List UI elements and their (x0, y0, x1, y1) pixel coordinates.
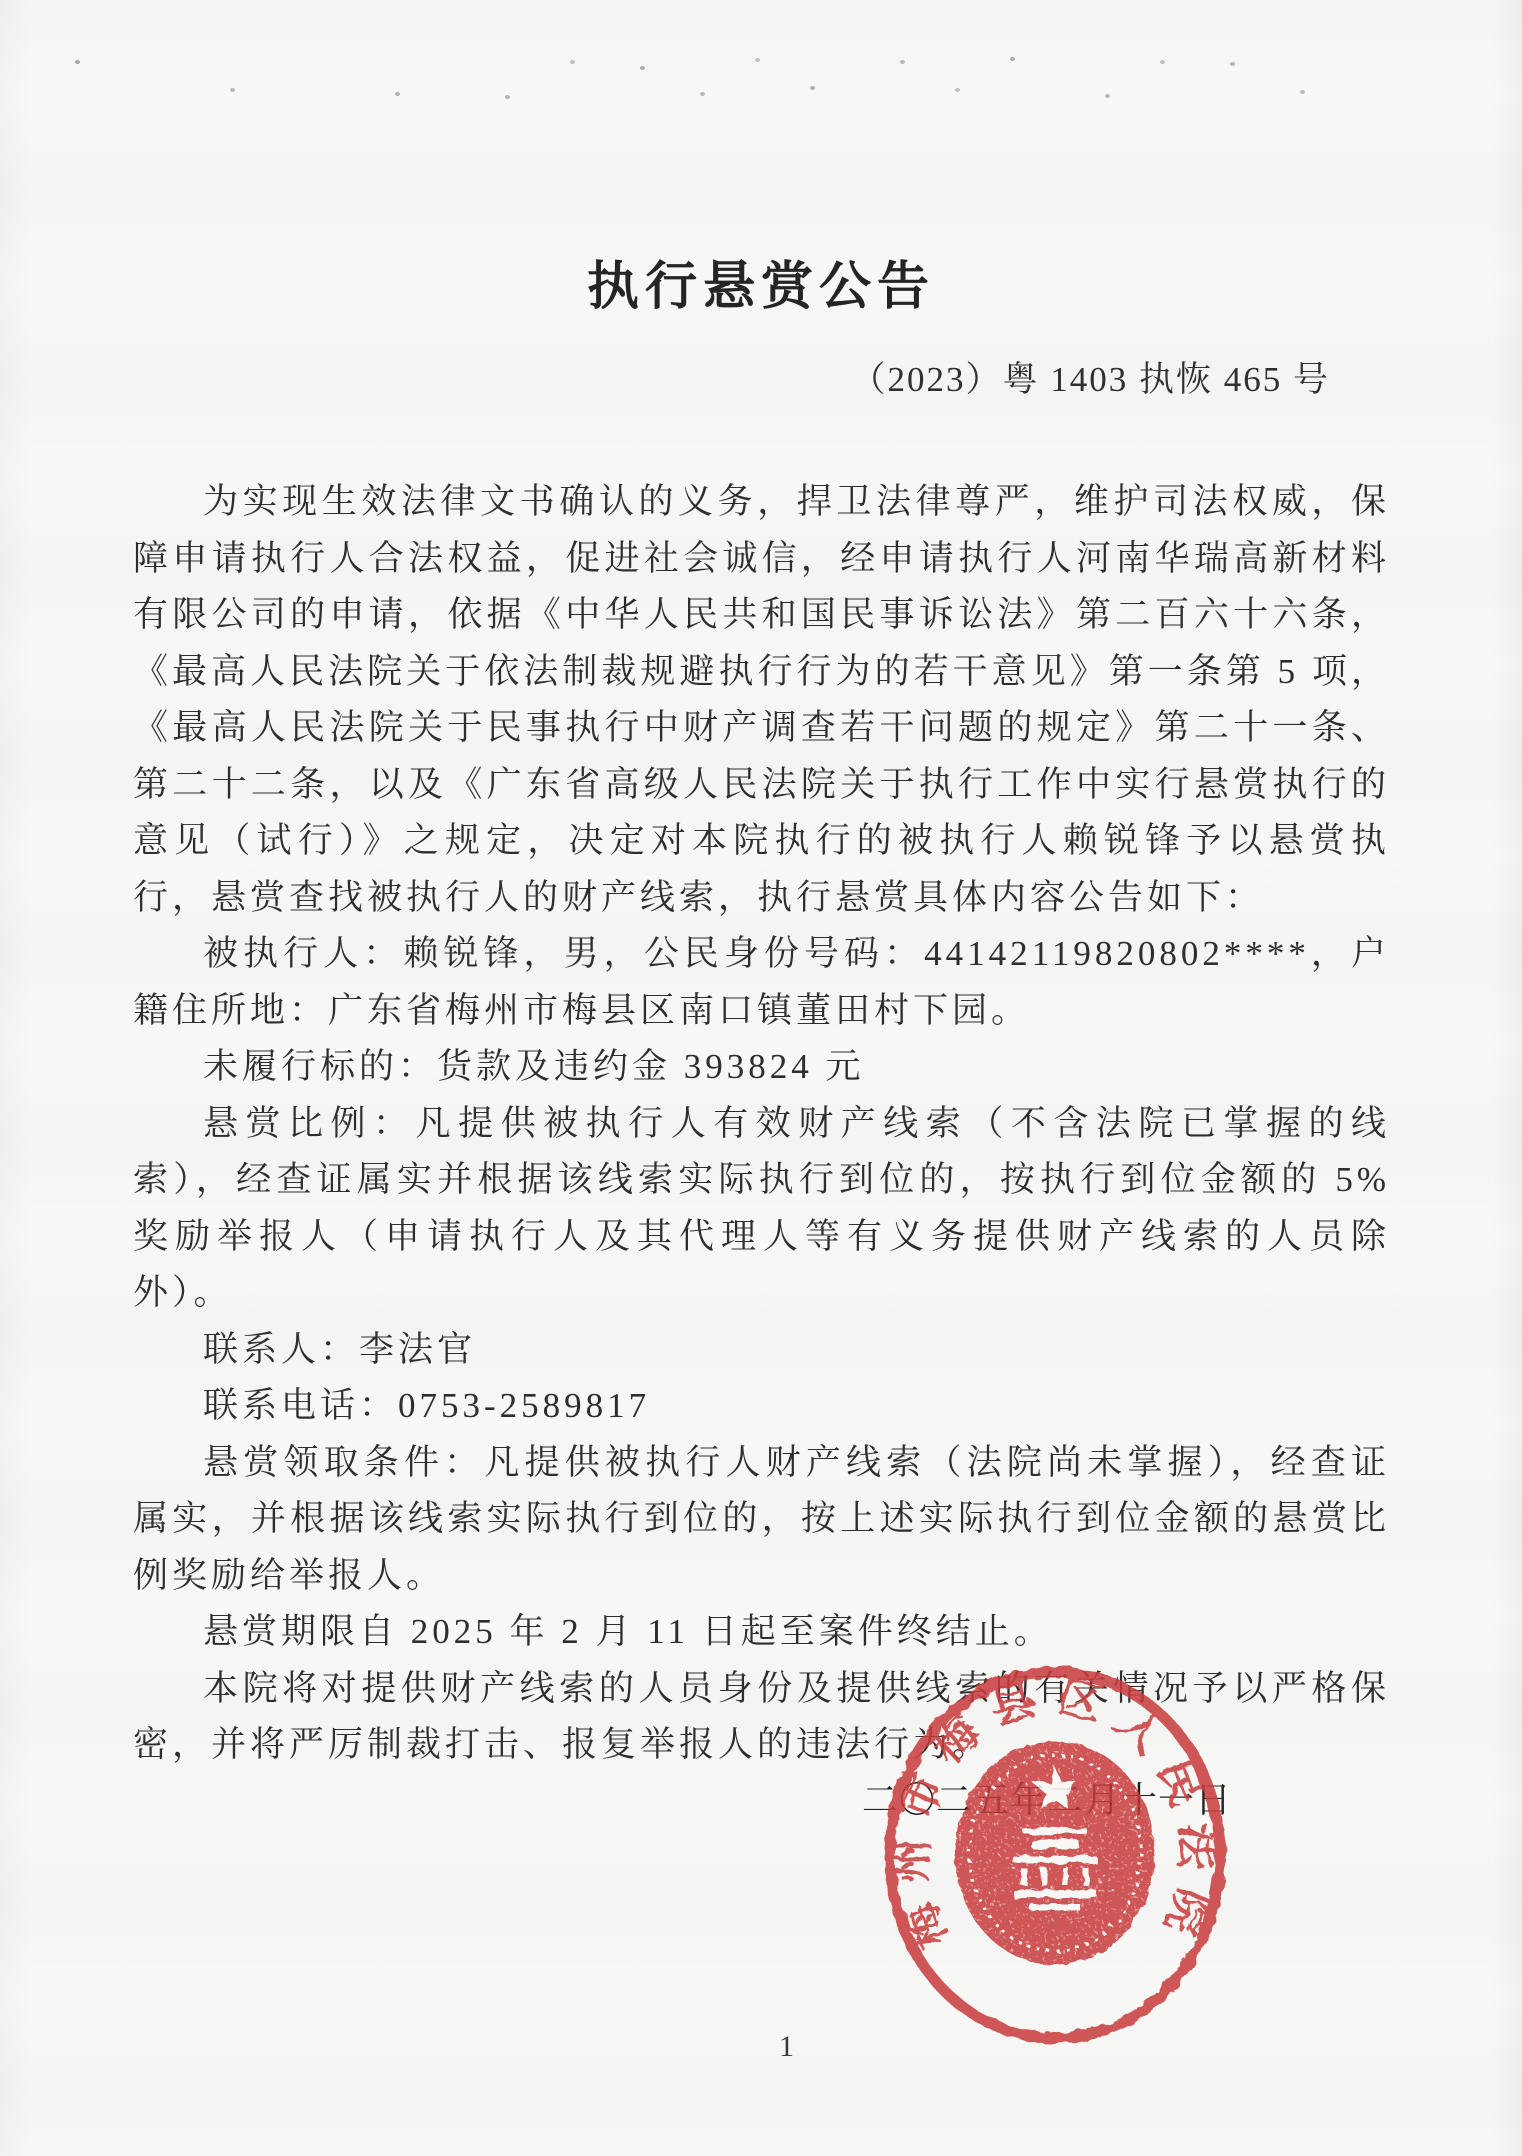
court-seal-stamp: 梅州市梅县区人民法院 (872, 1660, 1238, 2050)
seal-group: 梅州市梅县区人民法院 (887, 1671, 1222, 2038)
paragraph: 联系电话：0753-2589817 (133, 1378, 1390, 1435)
document-title: 执行悬赏公告 (0, 244, 1522, 319)
scan-noise-artifacts (75, 60, 80, 64)
case-number: （2023）粤 1403 执恢 465 号 (850, 352, 1330, 402)
national-emblem-icon (955, 1741, 1155, 1965)
paragraph: 悬赏期限自 2025 年 2 月 11 日起至案件终结止。 (133, 1604, 1390, 1661)
paragraph: 被执行人：赖锐锋，男，公民身份号码：44142119820802****，户籍住… (133, 926, 1390, 1039)
document-body: 为实现生效法律文书确认的义务，捍卫法律尊严，维护司法权威，保障申请执行人合法权益… (133, 474, 1390, 1774)
page-number: 1 (779, 2030, 794, 2064)
paragraph: 未履行标的：货款及违约金 393824 元 (133, 1039, 1390, 1096)
paragraph: 悬赏比例：凡提供被执行人有效财产线索（不含法院已掌握的线索），经查证属实并根据该… (133, 1096, 1390, 1322)
paragraph: 联系人：李法官 (133, 1322, 1390, 1379)
paragraph: 悬赏领取条件：凡提供被执行人财产线索（法院尚未掌握），经查证属实，并根据该线索实… (133, 1435, 1390, 1605)
paragraph: 为实现生效法律文书确认的义务，捍卫法律尊严，维护司法权威，保障申请执行人合法权益… (133, 474, 1390, 926)
document-page: 执行悬赏公告 （2023）粤 1403 执恢 465 号 为实现生效法律文书确认… (0, 0, 1522, 2156)
